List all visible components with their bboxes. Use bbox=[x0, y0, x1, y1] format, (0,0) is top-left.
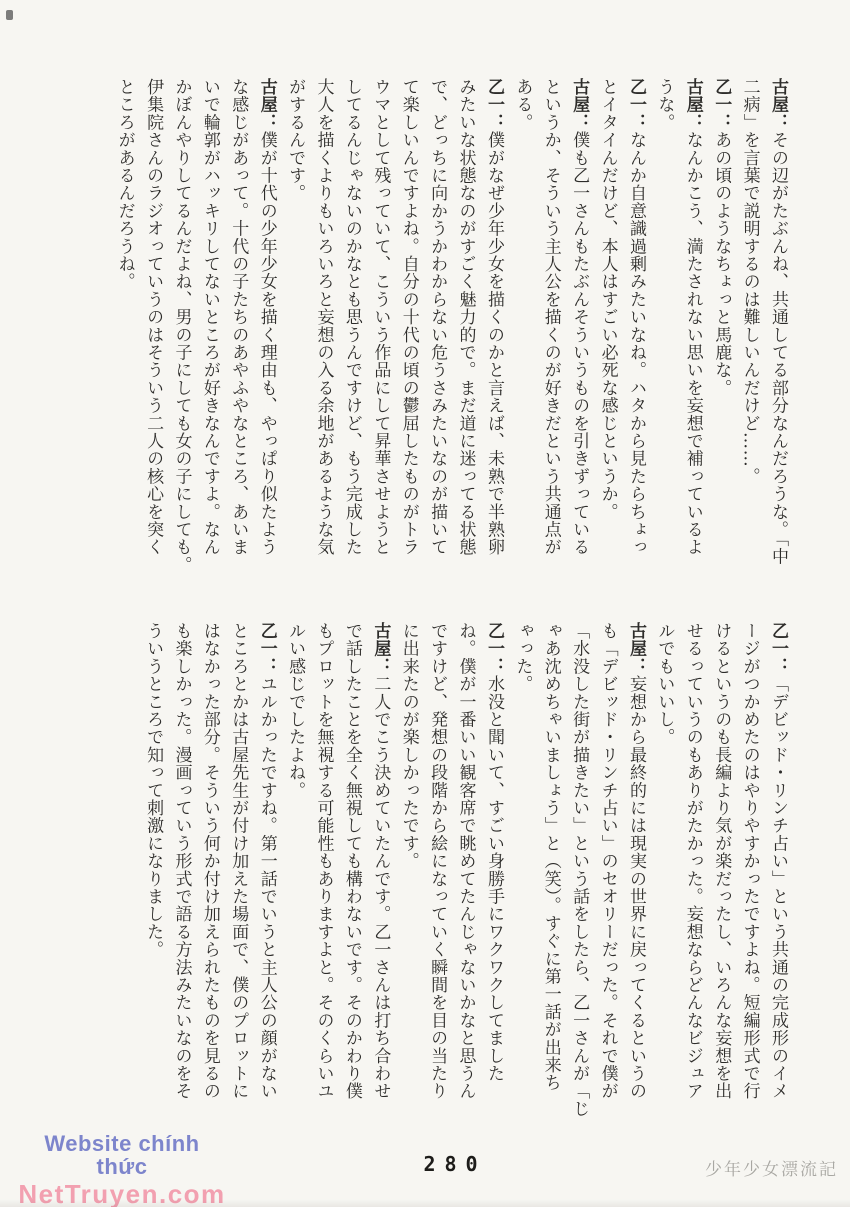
text-column: 大人を描くよりもいろいろと妄想の入る余地があるような気 bbox=[309, 78, 337, 584]
book-title: 少年少女漂流記 bbox=[705, 1155, 838, 1180]
text-column: せるっていうのもありがたかった。妄想ならどんなビジュア bbox=[678, 622, 706, 1118]
text-column: ゃった。 bbox=[508, 622, 536, 1118]
speaker-name: 古屋： bbox=[683, 78, 703, 131]
text-column: みたいな状態なのがすごく魅力的で。まだ道に迷ってる状態 bbox=[451, 78, 479, 584]
speaker-name: 古屋： bbox=[370, 622, 390, 675]
text-column: 古屋：その辺がたぶんね、共通してる部分なんだろうな。「中 bbox=[764, 78, 792, 584]
speaker-name: 乙一： bbox=[626, 78, 646, 131]
text-column: ージがつかめたのはやりやすかったですよね。短編形式で行 bbox=[735, 622, 763, 1118]
watermark-line1: Website chính thức bbox=[16, 1132, 228, 1178]
text-column: 乙一：あの頃のようなちょっと馬鹿な。 bbox=[707, 78, 735, 584]
text-column: もプロットを無視する可能性もありますよと。そのくらいユ bbox=[309, 622, 337, 1118]
text-column: 「水没した街が描きたい」という話をしたら、乙一さんが「じ bbox=[565, 622, 593, 1118]
page-number: 280 bbox=[405, 1152, 505, 1176]
text-column: 伊集院さんのラジオっていうのはそういう二人の核心を突く bbox=[139, 78, 167, 584]
text-column: 乙一：なんか自意識過剰みたいなね。ハタから見たらちょっ bbox=[622, 78, 650, 584]
text-column: かぼんやりしてるんだよね、男の子にしても女の子にしても。 bbox=[167, 78, 195, 584]
speaker-name: 乙一： bbox=[711, 78, 731, 131]
text-column: ういうところで知って刺激になりました。 bbox=[139, 622, 167, 1118]
scan-artifact bbox=[6, 10, 13, 20]
text-column: 古屋：妄想から最終的には現実の世界に戻ってくるというの bbox=[622, 622, 650, 1118]
text-column: 乙一：水没と聞いて、すごい身勝手にワクワクしてました bbox=[480, 622, 508, 1118]
text-column: ところがあるんだろうね。 bbox=[110, 78, 138, 584]
text-column: 乙一：ユルかったですね。第一話でいうと主人公の顔がない bbox=[252, 622, 280, 1118]
speaker-name: 古屋： bbox=[768, 78, 788, 131]
watermark: Website chính thức NetTruyen.com bbox=[16, 1132, 228, 1207]
text-column: 乙一：僕がなぜ少年少女を描くのかと言えば、未熟で半熟卵 bbox=[480, 78, 508, 584]
text-column: ゃあ沈めちゃいましょう」と（笑）。すぐに第一話が出来ち bbox=[536, 622, 564, 1118]
speaker-name: 乙一： bbox=[257, 622, 277, 675]
text-column: ウマとして残っていて、こういう作品にして昇華させようと bbox=[366, 78, 394, 584]
speaker-name: 古屋： bbox=[626, 622, 646, 675]
text-column: で、どっちに向かうかわからない危うさみたいなのが描いて bbox=[423, 78, 451, 584]
speaker-name: 乙一： bbox=[484, 622, 504, 675]
text-column: がするんです。 bbox=[281, 78, 309, 584]
text-column: で話したことを全く無視しても構わないです。そのかわり僕 bbox=[338, 622, 366, 1118]
text-column: とイタイんだけど、本人はすごい必死な感じというか。 bbox=[593, 78, 621, 584]
speaker-name: 古屋： bbox=[257, 78, 277, 131]
text-column: て楽しいんですよね。自分の十代の頃の鬱屈したものがトラ bbox=[394, 78, 422, 584]
text-column: 古屋：二人でこう決めていたんです。乙一さんは打ち合わせ bbox=[366, 622, 394, 1118]
text-column: してるんじゃないのかなとも思うんですけど、もう完成した bbox=[338, 78, 366, 584]
text-column: ね。僕が一番いい観客席で眺めてたんじゃないかなと思うん bbox=[451, 622, 479, 1118]
text-column: ところとかは古屋先生が付け加えた場面で、僕のプロットに bbox=[224, 622, 252, 1118]
interview-top-block: 古屋：その辺がたぶんね、共通してる部分なんだろうな。「中二病」を言葉で説明するの… bbox=[110, 78, 792, 584]
text-column: な感じがあって。十代の子たちのあやふやなところ、あいま bbox=[224, 78, 252, 584]
text-column: はなかった部分。そういう何か付け加えられたものを見るの bbox=[195, 622, 223, 1118]
text-column: ある。 bbox=[508, 78, 536, 584]
text-column: 古屋：僕が十代の少年少女を描く理由も、やっぱり似たよう bbox=[252, 78, 280, 584]
text-column: というか、そういう主人公を描くのが好きだという共通点が bbox=[536, 78, 564, 584]
speaker-name: 乙一： bbox=[484, 78, 504, 131]
text-column: けるというのも長編より気が楽だったし、いろんな妄想を出 bbox=[707, 622, 735, 1118]
text-column: いで輪郭がハッキリしてないところが好きなんですよ。なん bbox=[195, 78, 223, 584]
text-column: 二病」を言葉で説明するのは難しいんだけど……。 bbox=[735, 78, 763, 584]
text-column: ルでもいいし。 bbox=[650, 622, 678, 1118]
speaker-name: 乙一： bbox=[768, 622, 788, 675]
text-column: ですけど、発想の段階から絵になっていく瞬間を目の当たり bbox=[423, 622, 451, 1118]
interview-bottom-block: 乙一：「デビッド・リンチ占い」という共通の完成形のイメージがつかめたのはやりやす… bbox=[139, 622, 792, 1118]
text-column: 乙一：「デビッド・リンチ占い」という共通の完成形のイメ bbox=[764, 622, 792, 1118]
scan-edge-shadow bbox=[0, 1199, 850, 1207]
text-column: に出来たのが楽しかったです。 bbox=[394, 622, 422, 1118]
text-column: うな。 bbox=[650, 78, 678, 584]
text-column: も「デビッド・リンチ占い」のセオリーだった。それで僕が bbox=[593, 622, 621, 1118]
text-column: も楽しかった。漫画っていう形式で語る方法みたいなのをそ bbox=[167, 622, 195, 1118]
text-column: 古屋：なんかこう、満たされない思いを妄想で補っているよ bbox=[678, 78, 706, 584]
speaker-name: 古屋： bbox=[569, 78, 589, 131]
text-column: ルい感じでしたよね。 bbox=[281, 622, 309, 1118]
text-column: 古屋：僕も乙一さんもたぶんそういうものを引きずっている bbox=[565, 78, 593, 584]
